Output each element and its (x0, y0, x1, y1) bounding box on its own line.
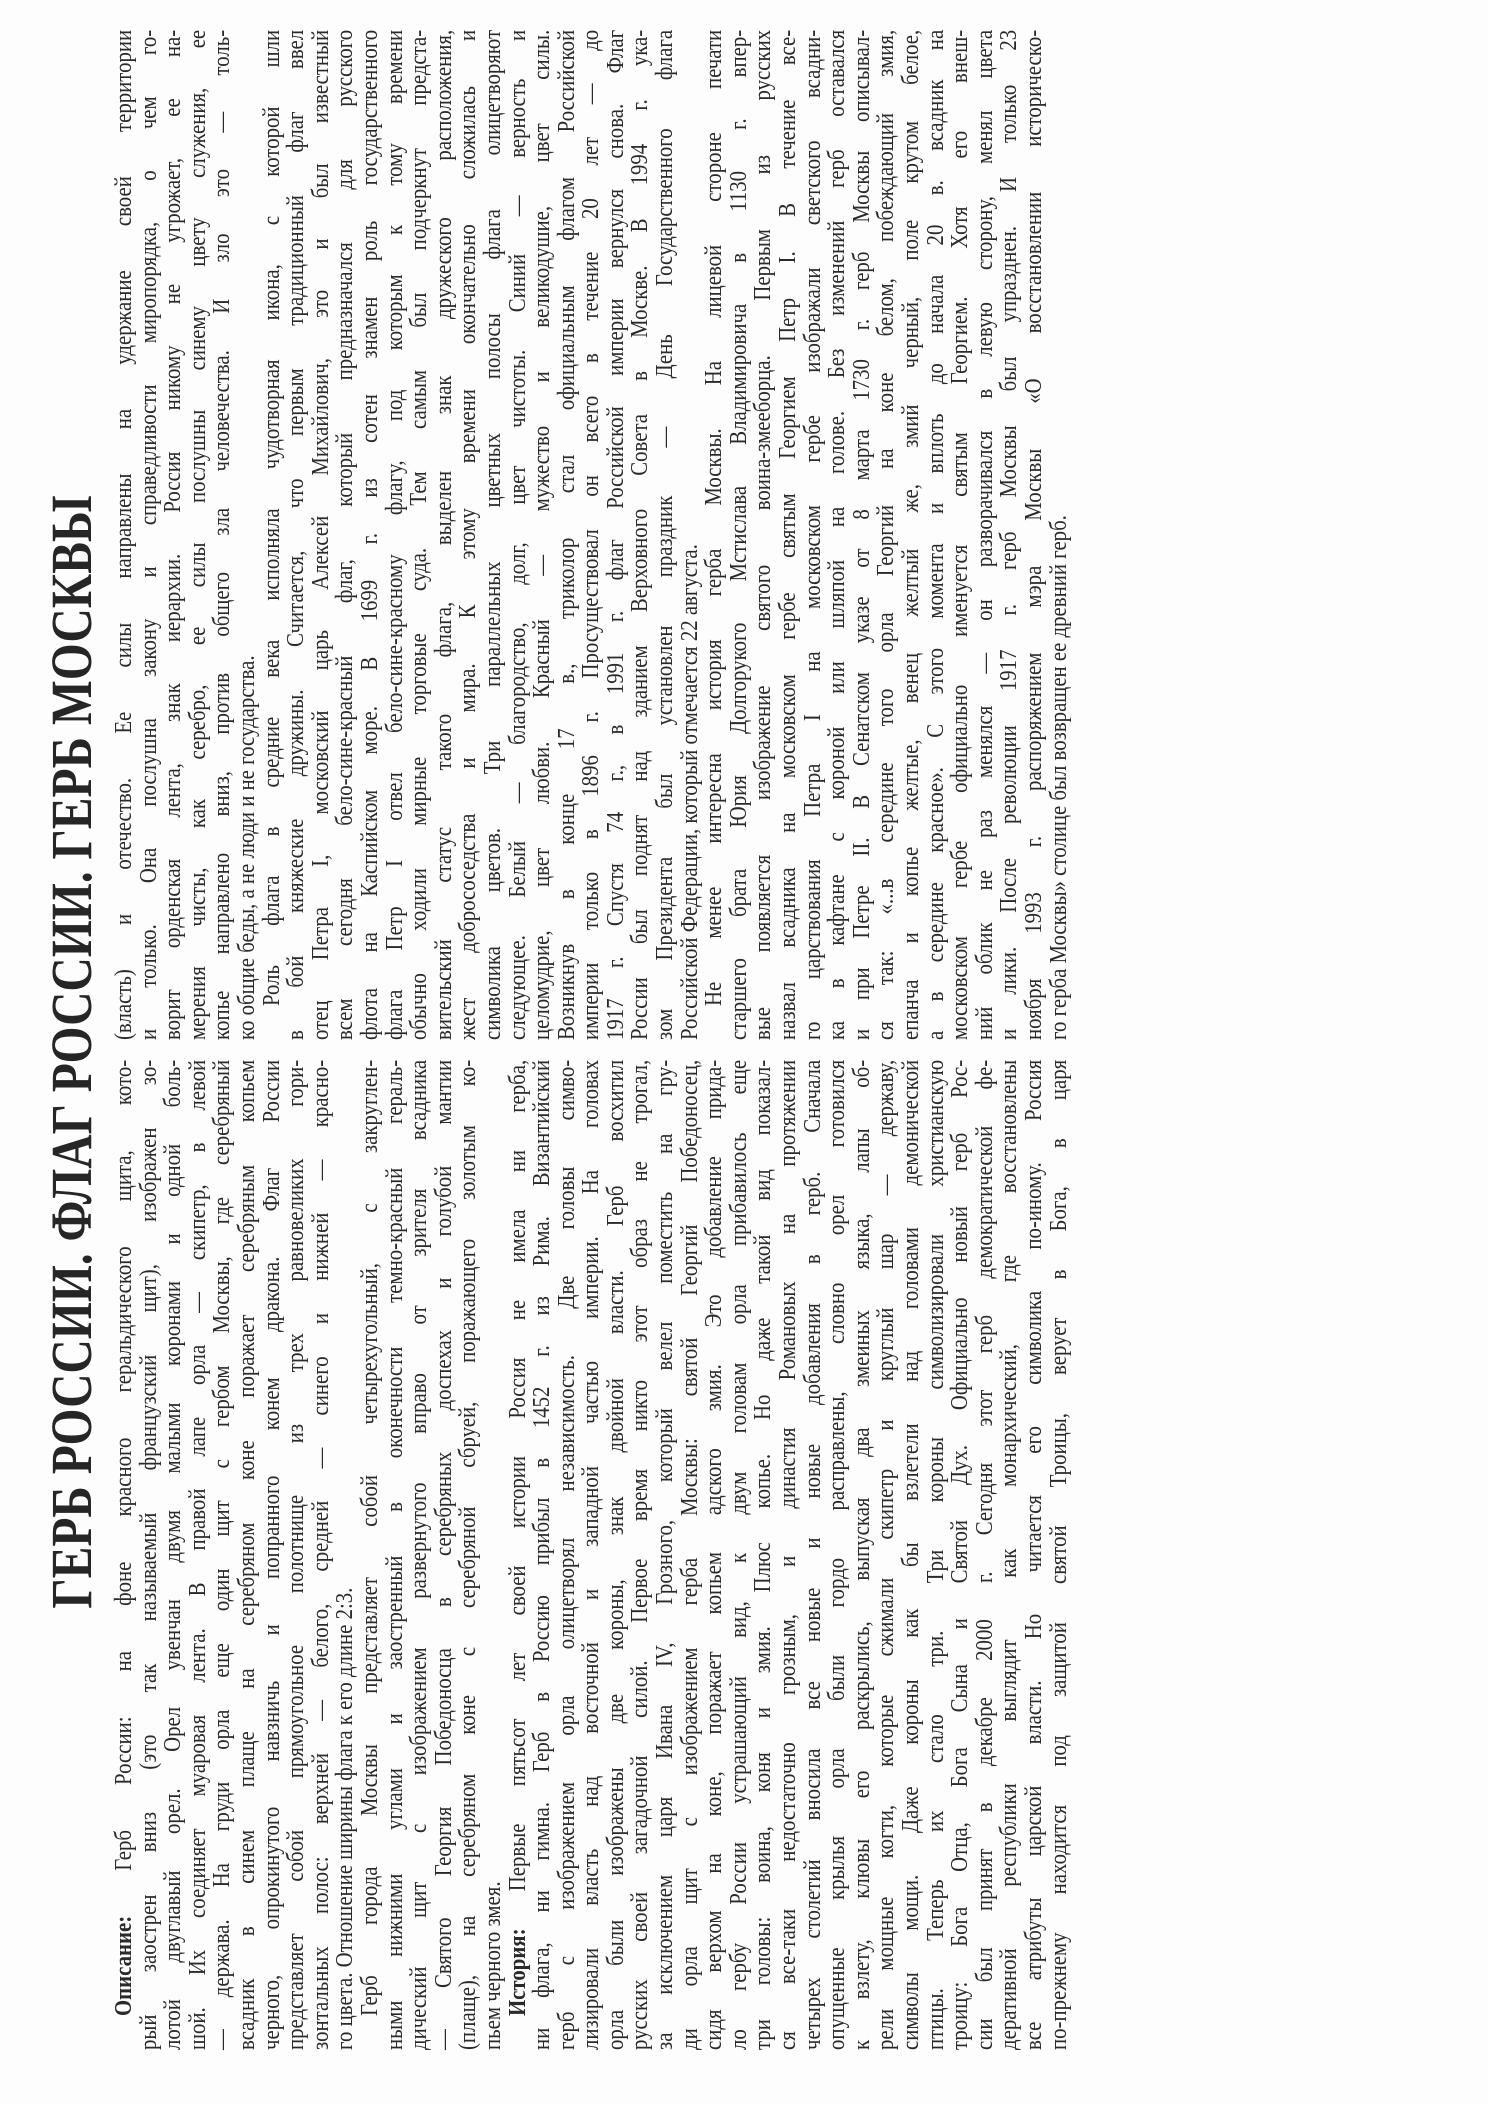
line-text: и только. Она послушна закону и справедл… (137, 30, 162, 1040)
line-body: представляет собой прямоугольное полотни… (282, 1060, 309, 2050)
line-body: и лики. После революции 1917 г. герб Мос… (995, 30, 1022, 1040)
line-text: ворит орденская лента, знак иерархии. Ро… (161, 30, 186, 1040)
line-body: ными нижними углами и заостренный в окон… (381, 1060, 408, 2050)
line-body: все атрибуты царской власти. Но читается… (1020, 1060, 1047, 2050)
text-line: 1917 г. Спустя 74 г., в 1991 г. флаг Рос… (604, 30, 629, 1040)
text-line: го герба Москвы» столице был возвращен е… (1047, 30, 1072, 1040)
line-body: ни флага, ни гимна. Герб в Россию прибыл… (528, 1060, 555, 2050)
text-line: империи только в 1896 г. Просуществовал … (579, 30, 604, 1040)
line-text: отец Петра I, московский царь Алексей Ми… (309, 30, 334, 1040)
line-text: епанча и копье желтые, венец желтый же, … (899, 30, 924, 1040)
text-line: го царствования Петра I на московском ге… (801, 30, 826, 1040)
line-body: го цвета. Отношение ширины флага к его д… (331, 1588, 358, 2050)
text-line: дический щит с изображением развернутого… (407, 1060, 432, 2050)
text-line: обычно ходили мирные торговые суда. Тем … (407, 30, 432, 1040)
line-text: за исключением царя Ивана IV, Грозного, … (653, 1060, 678, 2050)
line-text: ноября 1993 г. распоряжением мэра Москвы… (1022, 30, 1047, 1040)
line-body: шой. Их соединяет муаровая лента. В прав… (184, 1060, 211, 2050)
line-body: лотой двуглавый орел. Орел увенчан двумя… (159, 1060, 186, 2050)
text-line: ка в кафтане с короной или шляпой на гол… (825, 30, 850, 1040)
text-line: а в середине красное». С этого момента и… (924, 30, 949, 1040)
line-text: империи только в 1896 г. Просуществовал … (579, 30, 604, 1040)
line-text: — Святого Георгия Победоносца в серебрян… (432, 1060, 457, 2050)
line-body: и только. Она послушна закону и справедл… (135, 30, 162, 1040)
line-text: троицу: Бога Отца, Бога Сына и Святой Ду… (948, 1060, 973, 2050)
line-body: ся так: «...в середине того орла Георгий… (872, 30, 899, 1040)
line-body: жест добрососедства и мира. К этому врем… (454, 30, 481, 1040)
line-body: всем сегодня бело-сине-красный флаг, кот… (331, 30, 358, 1040)
line-text: назвал всадника на московском гербе свят… (776, 30, 801, 1040)
line-text: три головы: воина, коня и змия. Плюс коп… (751, 1060, 776, 2050)
text-line: вые появляется изображение святого воина… (751, 30, 776, 1040)
line-body: опущенные крылья орла были гордо расправ… (823, 1060, 850, 2050)
line-body: следующее. Белый — благородство, долг, ц… (504, 30, 531, 1040)
text-line: русских своей загадочной силой. Первое в… (628, 1060, 653, 2050)
text-line: ноября 1993 г. распоряжением мэра Москвы… (1022, 30, 1047, 1040)
line-text: по-прежнему находится под защитой святой… (1047, 1060, 1072, 2050)
text-line: за исключением царя Ивана IV, Грозного, … (653, 1060, 678, 2050)
line-body: Герб России: на фоне красного геральдиче… (110, 1060, 137, 1916)
line-text: флота на Каспийском море. В 1699 г. из с… (358, 30, 383, 1040)
text-line: России был поднят над зданием Верховного… (628, 30, 653, 1040)
text-line: Описание: Герб России: на фоне красного … (112, 1060, 137, 2050)
line-text: го цвета. Отношение ширины флага к его д… (333, 1060, 358, 2050)
line-body: назвал всадника на московском гербе свят… (774, 30, 801, 1040)
text-line: символы мощи. Даже короны как бы взлетел… (899, 1060, 924, 2050)
line-text: лизировали власть над восточной и западн… (579, 1060, 604, 2050)
line-body: Герб города Москвы представляет собой че… (356, 1060, 383, 2016)
text-line: всем сегодня бело-сине-красный флаг, кот… (333, 30, 358, 1040)
text-line: — Святого Георгия Победоносца в серебрян… (432, 1060, 457, 2050)
text-line: вительский статус такого флага, выделен … (432, 30, 457, 1040)
line-body: отец Петра I, московский царь Алексей Ми… (307, 30, 334, 1040)
text-line: деративной республики выглядит как монар… (997, 1060, 1022, 2050)
line-text: русских своей загадочной силой. Первое в… (628, 1060, 653, 2050)
line-text: флага Петр I отвел бело-сине-красному фл… (383, 30, 408, 1040)
line-body: го царствования Петра I на московском ге… (799, 30, 826, 1040)
line-body: рый заострен вниз (это так называемый фр… (135, 1060, 162, 2050)
text-line: жест добрососедства и мира. К этому врем… (456, 30, 481, 1040)
line-body: черного, опрокинутого навзничь и попранн… (258, 1060, 285, 2050)
text-line: мерения чисты, как серебро, ее силы посл… (186, 30, 211, 1040)
line-body: ний облик не раз менялся — он разворачив… (971, 30, 998, 1040)
line-body: сии был принят в декабре 2000 г. Сегодня… (971, 1060, 998, 2050)
text-line: черного, опрокинутого навзничь и попранн… (260, 1060, 285, 2050)
line-body: го герба Москвы» столице был возвращен е… (1045, 515, 1072, 1040)
line-text: а в середине красное». С этого момента и… (924, 30, 949, 1040)
text-line: пьем черного змея. (481, 1060, 506, 2050)
line-text: ний облик не раз менялся — он разворачив… (973, 30, 998, 1040)
text-line: три головы: воина, коня и змия. Плюс коп… (751, 1060, 776, 2050)
line-body: ка в кафтане с короной или шляпой на гол… (823, 30, 850, 1040)
line-text: в бой княжеские дружины. Считается, что … (284, 30, 309, 1040)
text-line: герб с изображением орла олицетворял нез… (555, 1060, 580, 2050)
text-line: (плаще), на серебряном коне с серебряной… (456, 1060, 481, 2050)
line-text: московском гербе официально именуется св… (948, 30, 973, 1040)
line-body: целомудрие, цвет любви. Красный — мужест… (528, 30, 555, 1040)
line-body: России был поднят над зданием Верховного… (626, 30, 653, 1040)
section-keyword: История: (504, 1929, 531, 2016)
text-line: шой. Их соединяет муаровая лента. В прав… (186, 1060, 211, 2050)
line-body: рели мощные когти, которые сжимали скипе… (872, 1060, 899, 2050)
line-body: епанча и копье желтые, венец желтый же, … (897, 30, 924, 1040)
line-body: за исключением царя Ивана IV, Грозного, … (651, 1060, 678, 2050)
line-body: дический щит с изображением развернутого… (405, 1060, 432, 2050)
text-line: Возникнув в конце 17 в., триколор стал о… (555, 30, 580, 1040)
line-text: ка в кафтане с короной или шляпой на гол… (825, 30, 850, 1040)
line-body: (власть) и отечество. Ее силы направлены… (110, 30, 137, 1040)
line-text: История: Первые пятьсот лет своей истори… (506, 1060, 531, 2016)
line-body: Роль флага в средние века исполняла чудо… (258, 30, 285, 1006)
line-body: мерения чисты, как серебро, ее силы посл… (184, 30, 211, 1040)
line-text: ни флага, ни гимна. Герб в Россию прибыл… (530, 1060, 555, 2050)
text-line: отец Петра I, московский царь Алексей Ми… (309, 30, 334, 1040)
line-text: копье направлено вниз, против общего зла… (210, 30, 235, 1040)
line-body: вительский статус такого флага, выделен … (430, 30, 457, 1040)
line-text: Российской Федерации, который отмечается… (678, 30, 703, 1040)
line-body: символика цветов. Три параллельных цветн… (479, 30, 506, 1040)
text-line: старшего брата Юрия Долгорукого Мстислав… (727, 30, 752, 1040)
line-text: сидя верхом на коне, поражает копьем адс… (702, 1060, 727, 2050)
right-column: (власть) и отечество. Ее силы направлены… (112, 30, 1071, 1040)
line-text: ными нижними углами и заостренный в окон… (383, 1060, 408, 2050)
page-title: ГЕРБ РОССИИ. ФЛАГ РОССИИ. ГЕРБ МОСКВЫ (38, 189, 105, 1914)
text-line: рели мощные когти, которые сжимали скипе… (874, 1060, 899, 2050)
line-text: ло гербу России устрашающий вид, к двум … (727, 1060, 752, 2050)
line-body: а в середине красное». С этого момента и… (922, 30, 949, 1040)
text-line: представляет собой прямоугольное полотни… (284, 1060, 309, 2050)
text-line: четырех столетий вносила все новые и нов… (801, 1060, 826, 2050)
line-body: орла были изображены две короны, знак дв… (602, 1060, 629, 2050)
line-body: флота на Каспийском море. В 1699 г. из с… (356, 30, 383, 1040)
line-body: герб с изображением орла олицетворял нез… (553, 1060, 580, 2050)
text-line: все атрибуты царской власти. Но читается… (1022, 1060, 1047, 2050)
line-text: зонтальных полос: верхней — белого, сред… (309, 1060, 334, 2050)
line-body: три головы: воина, коня и змия. Плюс коп… (749, 1060, 776, 2050)
text-line: лизировали власть над восточной и западн… (579, 1060, 604, 2050)
line-text: орла были изображены две короны, знак дв… (604, 1060, 629, 2050)
text-line: целомудрие, цвет любви. Красный — мужест… (530, 30, 555, 1040)
line-text: жест добрососедства и мира. К этому врем… (456, 30, 481, 1040)
line-body: всадник в синем плаще на серебряном коне… (233, 1060, 260, 2050)
line-body: копье направлено вниз, против общего зла… (208, 30, 235, 1040)
line-body: птицы. Теперь их стало три. Три короны с… (922, 1060, 949, 2050)
line-text: ся все-таки недостаточно грозным, и дина… (776, 1060, 801, 2050)
text-line: следующее. Белый — благородство, долг, ц… (506, 30, 531, 1040)
line-body: Российской Федерации, который отмечается… (676, 544, 703, 1040)
line-text: (плаще), на серебряном коне с серебряной… (456, 1060, 481, 2050)
line-text: ди орла щит с изображением герба Москвы:… (678, 1060, 703, 2050)
line-text: шой. Их соединяет муаровая лента. В прав… (186, 1060, 211, 2050)
text-line: московском гербе официально именуется св… (948, 30, 973, 1040)
text-line: и при Петре II. В Сенатском указе от 8 м… (850, 30, 875, 1040)
line-text: (власть) и отечество. Ее силы направлены… (112, 30, 137, 1040)
line-text: следующее. Белый — благородство, долг, ц… (506, 30, 531, 1040)
text-line: ни флага, ни гимна. Герб в Россию прибыл… (530, 1060, 555, 2050)
text-line: опущенные крылья орла были гордо расправ… (825, 1060, 850, 2050)
line-text: лотой двуглавый орел. Орел увенчан двумя… (161, 1060, 186, 2050)
line-text: герб с изображением орла олицетворял нез… (555, 1060, 580, 2050)
line-text: — держава. На груди орла еще один щит с … (210, 1060, 235, 2050)
text-line: всадник в синем плаще на серебряном коне… (235, 1060, 260, 2050)
text-line: го цвета. Отношение ширины флага к его д… (333, 1060, 358, 2050)
line-text: ся так: «...в середине того орла Георгий… (874, 30, 899, 1040)
line-body: Не менее интересна история герба Москвы.… (700, 30, 727, 1006)
text-line: ко общие беды, а не люди и не государств… (235, 30, 260, 1040)
text-line: ся все-таки недостаточно грозным, и дина… (776, 1060, 801, 2050)
text-line: История: Первые пятьсот лет своей истори… (506, 1060, 531, 2050)
line-text: 1917 г. Спустя 74 г., в 1991 г. флаг Рос… (604, 30, 629, 1040)
text-line: ся так: «...в середине того орла Георгий… (874, 30, 899, 1040)
line-text: вительский статус такого флага, выделен … (432, 30, 457, 1040)
text-line: троицу: Бога Отца, Бога Сына и Святой Ду… (948, 1060, 973, 2050)
line-body: (плаще), на серебряном коне с серебряной… (454, 1060, 481, 2050)
line-text: опущенные крылья орла были гордо расправ… (825, 1060, 850, 2050)
text-line: Роль флага в средние века исполняла чудо… (260, 30, 285, 1040)
text-line: и только. Она послушна закону и справедл… (137, 30, 162, 1040)
line-text: деративной республики выглядит как монар… (997, 1060, 1022, 2050)
section-keyword: Описание: (110, 1916, 137, 2016)
text-line: символика цветов. Три параллельных цветн… (481, 30, 506, 1040)
line-text: мерения чисты, как серебро, ее силы посл… (186, 30, 211, 1040)
line-text: Описание: Герб России: на фоне красного … (112, 1060, 137, 2016)
line-body: русских своей загадочной силой. Первое в… (626, 1060, 653, 2050)
line-text: Роль флага в средние века исполняла чудо… (260, 30, 285, 1006)
text-line: орла были изображены две короны, знак дв… (604, 1060, 629, 2050)
text-line: сидя верхом на коне, поражает копьем адс… (702, 1060, 727, 2050)
line-text: Герб города Москвы представляет собой че… (358, 1060, 383, 2016)
text-line: по-прежнему находится под защитой святой… (1047, 1060, 1072, 2050)
text-line: птицы. Теперь их стало три. Три короны с… (924, 1060, 949, 2050)
line-body: и при Петре II. В Сенатском указе от 8 м… (848, 30, 875, 1040)
text-line: рый заострен вниз (это так называемый фр… (137, 1060, 162, 2050)
line-body: Первые пятьсот лет своей истории Россия … (504, 1060, 531, 1929)
line-body: к взлету, клювы его раскрылись, выпуская… (848, 1060, 875, 2050)
text-line: ворит орденская лента, знак иерархии. Ро… (161, 30, 186, 1040)
text-line: в бой княжеские дружины. Считается, что … (284, 30, 309, 1040)
line-text: и при Петре II. В Сенатском указе от 8 м… (850, 30, 875, 1040)
line-text: дический щит с изображением развернутого… (407, 1060, 432, 2050)
line-text: рый заострен вниз (это так называемый фр… (137, 1060, 162, 2050)
text-line: к взлету, клювы его раскрылись, выпуская… (850, 1060, 875, 2050)
rotated-document-page: ГЕРБ РОССИИ. ФЛАГ РОССИИ. ГЕРБ МОСКВЫ Оп… (0, 0, 1488, 2104)
line-text: го царствования Петра I на московском ге… (801, 30, 826, 1040)
line-text: к взлету, клювы его раскрылись, выпуская… (850, 1060, 875, 2050)
line-text: все атрибуты царской власти. Но читается… (1022, 1060, 1047, 2050)
line-body: ди орла щит с изображением герба Москвы:… (676, 1060, 703, 2050)
line-text: вые появляется изображение святого воина… (751, 30, 776, 1040)
line-text: Возникнув в конце 17 в., триколор стал о… (555, 30, 580, 1040)
text-line: зонтальных полос: верхней — белого, сред… (309, 1060, 334, 2050)
line-body: — держава. На груди орла еще один щит с … (208, 1060, 235, 2050)
line-body: вые появляется изображение святого воина… (749, 30, 776, 1040)
line-body: старшего брата Юрия Долгорукого Мстислав… (725, 30, 752, 1040)
text-line: Не менее интересна история герба Москвы.… (702, 30, 727, 1040)
text-line: сии был принят в декабре 2000 г. Сегодня… (973, 1060, 998, 2050)
line-body: лизировали власть над восточной и западн… (577, 1060, 604, 2050)
text-line: копье направлено вниз, против общего зла… (210, 30, 235, 1040)
line-body: московском гербе официально именуется св… (946, 30, 973, 1040)
line-body: пьем черного змея. (479, 1881, 506, 2050)
text-line: Герб города Москвы представляет собой че… (358, 1060, 383, 2050)
line-text: го герба Москвы» столице был возвращен е… (1047, 30, 1072, 1040)
line-body: троицу: Бога Отца, Бога Сына и Святой Ду… (946, 1060, 973, 2050)
line-body: ко общие беды, а не люди и не государств… (233, 655, 260, 1040)
text-line: Российской Федерации, который отмечается… (678, 30, 703, 1040)
line-text: зом Президента был установлен праздник —… (653, 30, 678, 1040)
line-text: сии был принят в декабре 2000 г. Сегодня… (973, 1060, 998, 2050)
line-body: сидя верхом на коне, поражает копьем адс… (700, 1060, 727, 2050)
line-text: символика цветов. Три параллельных цветн… (481, 30, 506, 1040)
line-body: в бой княжеские дружины. Считается, что … (282, 30, 309, 1040)
text-line: лотой двуглавый орел. Орел увенчан двумя… (161, 1060, 186, 2050)
line-text: представляет собой прямоугольное полотни… (284, 1060, 309, 2050)
line-text: четырех столетий вносила все новые и нов… (801, 1060, 826, 2050)
text-line: ний облик не раз менялся — он разворачив… (973, 30, 998, 1040)
line-body: по-прежнему находится под защитой святой… (1045, 1060, 1072, 2050)
line-text: птицы. Теперь их стало три. Три короны с… (924, 1060, 949, 2050)
line-body: зонтальных полос: верхней — белого, сред… (307, 1060, 334, 2050)
text-line: ными нижними углами и заостренный в окон… (383, 1060, 408, 2050)
line-text: старшего брата Юрия Долгорукого Мстислав… (727, 30, 752, 1040)
line-body: ворит орденская лента, знак иерархии. Ро… (159, 30, 186, 1040)
line-text: ко общие беды, а не люди и не государств… (235, 30, 260, 1040)
line-body: зом Президента был установлен праздник —… (651, 30, 678, 1040)
text-line: ди орла щит с изображением герба Москвы:… (678, 1060, 703, 2050)
text-line: епанча и копье желтые, венец желтый же, … (899, 30, 924, 1040)
line-body: обычно ходили мирные торговые суда. Тем … (405, 30, 432, 1040)
text-line: и лики. После революции 1917 г. герб Мос… (997, 30, 1022, 1040)
text-line: назвал всадника на московском гербе свят… (776, 30, 801, 1040)
line-text: целомудрие, цвет любви. Красный — мужест… (530, 30, 555, 1040)
line-text: всем сегодня бело-сине-красный флаг, кот… (333, 30, 358, 1040)
text-line: флага Петр I отвел бело-сине-красному фл… (383, 30, 408, 1040)
line-body: ло гербу России устрашающий вид, к двум … (725, 1060, 752, 2050)
line-text: обычно ходили мирные торговые суда. Тем … (407, 30, 432, 1040)
line-body: империи только в 1896 г. Просуществовал … (577, 30, 604, 1040)
text-line: (власть) и отечество. Ее силы направлены… (112, 30, 137, 1040)
line-text: рели мощные когти, которые сжимали скипе… (874, 1060, 899, 2050)
line-text: Не менее интересна история герба Москвы.… (702, 30, 727, 1006)
line-body: ся все-таки недостаточно грозным, и дина… (774, 1060, 801, 2050)
line-text: черного, опрокинутого навзничь и попранн… (260, 1060, 285, 2050)
text-line: флота на Каспийском море. В 1699 г. из с… (358, 30, 383, 1040)
line-body: символы мощи. Даже короны как бы взлетел… (897, 1060, 924, 2050)
line-body: — Святого Георгия Победоносца в серебрян… (430, 1060, 457, 2050)
line-text: России был поднят над зданием Верховного… (628, 30, 653, 1040)
line-text: всадник в синем плаще на серебряном коне… (235, 1060, 260, 2050)
text-line: — держава. На груди орла еще один щит с … (210, 1060, 235, 2050)
line-body: ноября 1993 г. распоряжением мэра Москвы… (1020, 30, 1047, 1040)
text-line: зом Президента был установлен праздник —… (653, 30, 678, 1040)
line-body: деративной республики выглядит как монар… (995, 1060, 1022, 2050)
line-text: пьем черного змея. (481, 1060, 506, 2050)
line-body: 1917 г. Спустя 74 г., в 1991 г. флаг Рос… (602, 30, 629, 1040)
text-line: ло гербу России устрашающий вид, к двум … (727, 1060, 752, 2050)
line-text: и лики. После революции 1917 г. герб Мос… (997, 30, 1022, 1040)
left-column: Описание: Герб России: на фоне красного … (112, 1060, 1071, 2050)
line-body: четырех столетий вносила все новые и нов… (799, 1060, 826, 2050)
line-body: флага Петр I отвел бело-сине-красному фл… (381, 30, 408, 1040)
line-body: Возникнув в конце 17 в., триколор стал о… (553, 30, 580, 1040)
line-text: символы мощи. Даже короны как бы взлетел… (899, 1060, 924, 2050)
